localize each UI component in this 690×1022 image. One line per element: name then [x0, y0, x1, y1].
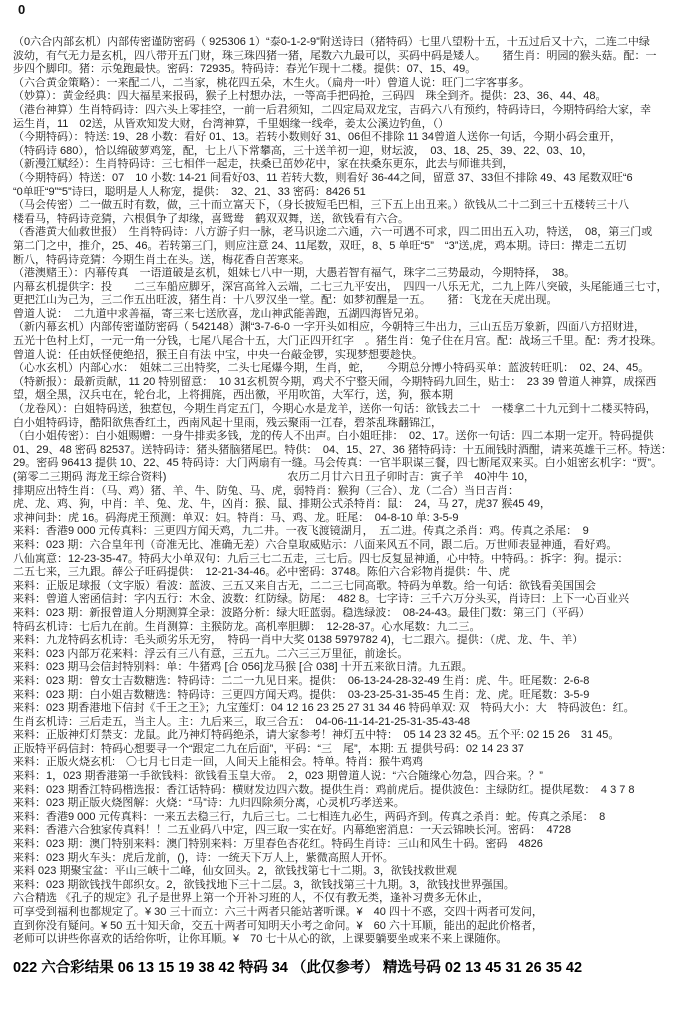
text-line: 来料：香港六合独家传真料！！二五业码八中定，四三取一实在好。内幕绝密消息：一天云…: [13, 824, 686, 838]
text-line: 来料：正版足球报（文字版）看波：蓝波、三五又来自古无，二二三七同高歌。特码为单数…: [13, 580, 686, 594]
text-line: 来料：正版神灯灯禁支：龙鼠。此乃神灯特码绝杀，请大家参考！神灯五中特： 05 1…: [13, 729, 686, 743]
text-line: 虎、龙、鸡、狗，中肖：羊、兔、龙、牛，凶肖：猴、鼠、排期公式杀特肖：鼠： 24，…: [13, 498, 686, 512]
text-line: 来料：023 期正版火烧图解：火烧：“马”诗：九归四除须分离，心灵机巧孝送来。: [13, 797, 686, 811]
text-line: （特新报）：最新贡献，11 20 特别留意： 10 31玄机贺今期，鸡犬不宁整天…: [13, 376, 686, 390]
text-line: （特码诗 680），恰以绵破萝鸡笼，配，七上八下常攀高，三十送羊初一迎，财坛波，…: [13, 145, 686, 159]
document-lines: （0六合内部玄机）内部传密谨防密码（ 925306 1）“泰0-1-2-9”附送…: [13, 36, 686, 947]
text-line: （心水玄机）内部心水： 姐妹二三出特奖，二头七尾爆今期，生肖，蛇， 今期总分博小…: [13, 362, 686, 376]
text-line: （六合黄金策略）：一来配二八，二当家，桃花四五朵，木生火。（扁舟一叶）曾道人说：…: [13, 77, 686, 91]
lottery-result-footer: 022 六合彩结果 06 13 15 19 38 42 特码 34 （此仅参考）…: [13, 956, 686, 977]
text-line: （香港黄大仙救世报） 生肖特码诗：八方游子归一脉，老马识途二六通，六一可遇不可求…: [13, 226, 686, 240]
text-line: 来料：023 期：曾女士吉数糖选：特码诗：二二一九见日来。提供： 06-13-2…: [13, 675, 686, 689]
text-line: 直到你没有疑问。¥ 50 五十知天命，交五十两者可知明天小考之命问。¥ 60 六…: [13, 920, 686, 934]
text-line: 来料：1，023 期香港第一手欲钱料：欲钱看玉皇大帝。 2，023 期曾道人说：…: [13, 770, 686, 784]
text-line: 来料：023 期火车头：虎后龙前，()，诗：一统天下万人上，紫微高照人开怀。: [13, 852, 686, 866]
text-line: 曾道人说：任由妖怪使绝招，猴王自有法 中宝，中央一台敲金锣，实现梦想要趁快。: [13, 349, 686, 363]
text-line: 求神问卦：虎 16。码海虎王预测：单双：妇。特肖：马、鸡、龙。旺尾： 04-8-…: [13, 512, 686, 526]
text-line: 来料：023 内部万花来料：浮云有三八有意，三五九。二六三三万里征，前途长。: [13, 648, 686, 662]
text-line: 曾道人说： 二九道中求善福，寄三来七送欣喜，龙山神武能善跑，五湖四海皆兄弟。: [13, 308, 686, 322]
text-line: 可享受到福利也都规定了。¥ 30 三十而立：六三十两者只能站著听课。¥ 40 四…: [13, 906, 686, 920]
text-line: 二五七来，三九跟。薛公子旺码提供： 12-21-34-46。必中密码：3748。…: [13, 566, 686, 580]
text-line: 楼看马，特码诗竞猜，六根俱争了却缘，喜鸳鸯 鹤双双舞，送，欲钱看有六合。: [13, 213, 686, 227]
text-line: 老师可以讲些你喜欢的话给你听，让你耳顺。¥ 70 七十从心的欲，上课要躺要坐或来…: [13, 933, 686, 947]
text-line: 来料：023 期：白小姐吉数糖选：特码诗：三更四方闻天鸡。提供： 03-23-2…: [13, 689, 686, 703]
text-line: 五光十色村上灯，一元一角一分钱，七尾八尾合十五，大门正四开红字 。猪生肖：兔子住…: [13, 335, 686, 349]
text-line: （马会传密）二一做五时有数，做，三十而立富天下，（身长披短毛巴相，三下五上出丑来…: [13, 199, 686, 213]
text-line: （0六合内部玄机）内部传密谨防密码（ 925306 1）“泰0-1-2-9”附送…: [13, 36, 686, 50]
text-line: 来料：023 期欲钱找牛郎织女。2，欲钱找地下三十二层。3，欲钱找第三十九期。3…: [13, 879, 686, 893]
text-line: 八仙寓意：12-23-35-47。特码大小单双句：九后三七二五走，三七后。四七反…: [13, 553, 686, 567]
text-line: 来料：023 期：六合皇年刊（奇准无比、准确无差）六合皇取威贴示：八面来风五不同…: [13, 539, 686, 553]
text-line: （今期特码）：特送: 19、28 小数：看好 01、13。若转小数则好 31、0…: [13, 131, 686, 145]
text-line: 来料：香港9 000 元传真料：一来五去稳三行，九后三七。二七相连九必生，两码齐…: [13, 811, 686, 825]
text-line: 来料：023 期：澳门特别来料：澳门特别来料：万里春色杏花红。特码生肖诗：三山和…: [13, 838, 686, 852]
text-line: 生肖玄机诗：三后走五，当主人。主：九后来三，取三合五： 04-06-11-14-…: [13, 716, 686, 730]
text-line: 六合精选 《孔子的规定》孔子是世界上第一个开补习班的人，不仅有教无类，逢补习费多…: [13, 892, 686, 906]
text-line: 断八，特码诗竞猜：今期生肖土在头。送，梅花香自苦寒来。: [13, 254, 686, 268]
text-line: （新内幕玄机）内部传密谨防密码（ 542148）渊“3-7-6-0 一字开头如相…: [13, 321, 686, 335]
text-line: 白小姐特码诗，酷阳欲焦香红土，西南风起十里雨，残云聚雨一江春，碧茶乱珠翻锦江，: [13, 417, 686, 431]
text-line: 01、29、48 密码 82537。送特码诗：猪头猪脑猪尾巴。特供： 04、15…: [13, 444, 686, 458]
text-line: （龙卷风）：白姐特码送，独惹包，今期生肖定五门，今期心水是龙羊，送你一句话：欲钱…: [13, 403, 686, 417]
text-line: 更把江山为己为，三二作五出旺波，猪生肖：十八罗汉坐一堂。配：如梦初醒是一五。 猪…: [13, 294, 686, 308]
text-line: 第二门之中，推介，25、46。若转第三门，则应注意 24、11尾数，双旺，8、5…: [13, 240, 686, 254]
text-line: 来料 023 期聚宝盆：平山三峡十二峰，仙女回头。2，欲钱找第七十二期。3，欲钱…: [13, 865, 686, 879]
text-line: 运生肖，11 02送，从皆欢知发大财，台湾神算，千里姻缘一线牵，姜太公溪边钓鱼，…: [13, 118, 686, 132]
text-line: (第零二三期码 海龙王综合资料) 农历二月廿六日丑子卯时吉：寅子羊 40冲牛 1…: [13, 471, 686, 485]
text-line: （妙算）：黄金经典：四大福星来报码，猴子上村想办法，一等高手把码抢，三码四 珠全…: [13, 90, 686, 104]
text-line: （新漫江赋经）：生肖特码诗：三七相伴一起走，扶桑已茁妙花中，家在扶桑东更东，此去…: [13, 158, 686, 172]
text-line: 来料：023 期香江特码楷选报：香江话特码：横财发边四六数。提供生肖：鸡前虎后。…: [13, 784, 686, 798]
text-line: 来料：曾道人密函信封：字内五行：木金、波数：红防绿。防尾： 482 8。七字诗：…: [13, 593, 686, 607]
text-line: （港澳赌王）：内幕传真 一语道破是玄机，姐妹七八中一期，大愚若智有福气，珠字二三…: [13, 267, 686, 281]
text-line: （白小姐传密）：白小姐赐赠：一身牛排卖多钱，龙的传人不出声。白小姐旺排： 02、…: [13, 430, 686, 444]
lottery-tipsheet-page: 0 （0六合内部玄机）内部传密谨防密码（ 925306 1）“泰0-1-2-9”…: [0, 0, 690, 1022]
text-line: 来料：023 期香港地下信封《千王之王》；九宝莲灯：04 12 16 23 25…: [13, 702, 686, 716]
text-line: 来料：023 期：新报曾道人分期测算全录：波路分析：绿大旺蓝弱。稳选绿波： 08…: [13, 607, 686, 621]
text-line: 排期应出特生肖：（马、鸡）猪、羊、牛、防兔、马、虎，弱特肖：猴狗（三合）、龙（二…: [13, 485, 686, 499]
text-line: 来料：九龙特码玄机诗：毛头顽劣乐无穷， 特码一肖中大奖 0138 5979782…: [13, 634, 686, 648]
text-line: 正版特平码信封：特码心想要寻一个“跟定二九在后面”，平码：“三 尾”，本期: 五…: [13, 743, 686, 757]
text-line: 波幼，有气无力是玄机，四八带开五门财，珠三珠四猪一猪，尾数六九最可以，买码中码是…: [13, 50, 686, 64]
text-line: “0单旺“9”“5”诗曰，聪明是人人称宠，提供： 32、21、33 密码：842…: [13, 186, 686, 200]
text-line: （港台神算）生肖特码诗：四六头上零挂空，一前一后君须知，二四定局双龙宝，吉码六八…: [13, 104, 686, 118]
text-line: 来料：023 期马会信封特别料：单：牛猪鸡 [合 056]龙马猴 [合 038]…: [13, 661, 686, 675]
text-line: 特码玄机诗：七后九在前。生肖测算：主猴防龙。高机率胆脚： 12-28-37。心水…: [13, 621, 686, 635]
text-line: 来料：正版火烧玄机: 〇七月七日走一回，人间天上能相会。特单。特肖：猴牛鸡鸡: [13, 756, 686, 770]
page-corner-label: 0: [18, 2, 25, 17]
text-line: 内幕玄机提供字：投 二三车船应脚牙，深宫高耸入云端，二七三九平安出， 四四一八乐…: [13, 281, 686, 295]
text-line: （今期特码）特送：07 10 小数: 14-21 间看好03、11 若转大数，则…: [13, 172, 686, 186]
text-line: 步四个脚印。猪：示兔跑最快。密码：72935。特码诗：春光乍现十二楼。提供：07…: [13, 63, 686, 77]
text-line: 望，烟全黑，汉兵屯在，轮台北，上将拥旄，西出徼，平用吹笛，大军行，送，狗，猴本期: [13, 389, 686, 403]
text-line: 29。密码 96413 提供 10、22、45 特码诗：大门两扇有一缝。马会传真…: [13, 457, 686, 471]
text-line: 来料：香港9 000 元传真料：三更四方闻天鸡，九二井。一夜飞渡镜湖月， 五二进…: [13, 525, 686, 539]
